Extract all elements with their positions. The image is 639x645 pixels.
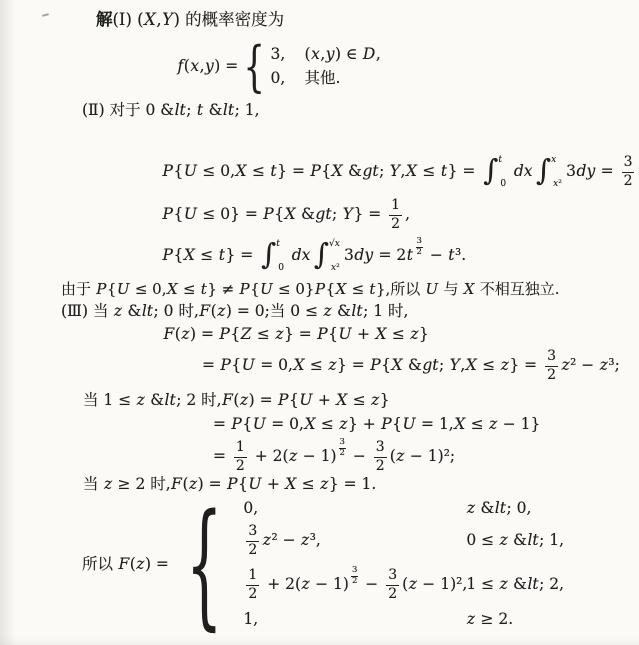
final-piecewise-cdf: 所以 F(z) = { 0, z &lt; 0, 32z² − z³, 0 ≤ … [82,497,564,633]
probability-equation-3: P{X ≤ t} = ∫t0dx∫√xx²3dy = 2t32 − t³. [162,235,466,277]
piecewise-expression: 1, [243,610,466,629]
density-case-condition: (x,y) ∈ D, [305,45,381,64]
piecewise-condition: z &lt; 0, [466,499,531,518]
piecewise-expression: 12 + 2(z − 1)32 − 32(z − 1)², [243,568,466,602]
density-case-condition: 其他. [305,69,341,88]
piecewise-condition: 1 ≤ z &lt; 2, [466,575,564,594]
density-function-equation: f(x,y) = { 3, (x,y) ∈ D, 0, 其他. [177,42,381,92]
scan-artifact [42,13,49,17]
piecewise-row: 12 + 2(z − 1)32 − 32(z − 1)², 1 ≤ z &lt;… [243,562,564,608]
probability-equation-1: P{U ≤ 0,X ≤ t} = P{X &gt; Y,X ≤ t} = ∫t0… [162,152,639,192]
case2-heading: 当 1 ≤ z &lt; 2 时,F(z) = P{U + X ≤ z} [83,391,390,410]
density-case-row: 0, 其他. [271,68,381,90]
piecewise-row: 1, z ≥ 2. [243,608,564,632]
piecewise-expression: 0, [243,499,466,518]
left-brace: { [186,497,222,633]
piecewise-label: 所以 F(z) = [82,555,174,574]
cdf-derivation-line-2: = P{U = 0,X ≤ z} = P{X &gt; Y,X ≤ z} = 3… [202,346,620,386]
piecewise-cases: 0, z &lt; 0, 32z² − z³, 0 ≤ z &lt; 1, 12… [243,498,564,632]
part2-heading: (Ⅱ) 对于 0 &lt; t &lt; 1, [82,101,260,120]
left-brace: { [244,40,265,94]
independence-conclusion: 由于 P{U ≤ 0,X ≤ t} ≠ P{U ≤ 0}P{X ≤ t},所以 … [61,280,559,299]
density-case-value: 3, [271,45,305,64]
case2-derivation-line-1: = P{U = 0,X ≤ z} + P{U = 1,X ≤ z − 1} [213,415,540,434]
case3-line: 当 z ≥ 2 时,F(z) = P{U + X ≤ z} = 1. [83,475,376,494]
document-page: 解(Ⅰ) (X,Y) 的概率密度为 f(x,y) = { 3, (x,y) ∈ … [0,0,639,645]
cdf-derivation-line-1: F(z) = P{Z ≤ z} = P{U + X ≤ z} [163,325,429,344]
solution-header-line: 解(Ⅰ) (X,Y) 的概率密度为 [96,10,284,31]
density-lhs: f(x,y) = [177,57,243,76]
part3-heading: (Ⅲ) 当 z &lt; 0 时,F(z) = 0;当 0 ≤ z &lt; 1… [61,302,408,321]
piecewise-expression: 32z² − z³, [243,524,466,558]
piecewise-row: 32z² − z³, 0 ≤ z &lt; 1, [243,520,564,562]
piecewise-condition: 0 ≤ z &lt; 1, [466,531,564,550]
piecewise-row: 0, z &lt; 0, [243,498,564,520]
density-case-row: 3, (x,y) ∈ D, [271,44,381,66]
density-cases: 3, (x,y) ∈ D, 0, 其他. [271,44,381,90]
probability-equation-2: P{U ≤ 0} = P{X &gt; Y} = 12, [162,195,410,235]
density-case-value: 0, [271,69,305,88]
piecewise-condition: z ≥ 2. [466,610,513,629]
case2-derivation-line-2: = 12 + 2(z − 1)32 − 32(z − 1)²; [213,436,455,478]
